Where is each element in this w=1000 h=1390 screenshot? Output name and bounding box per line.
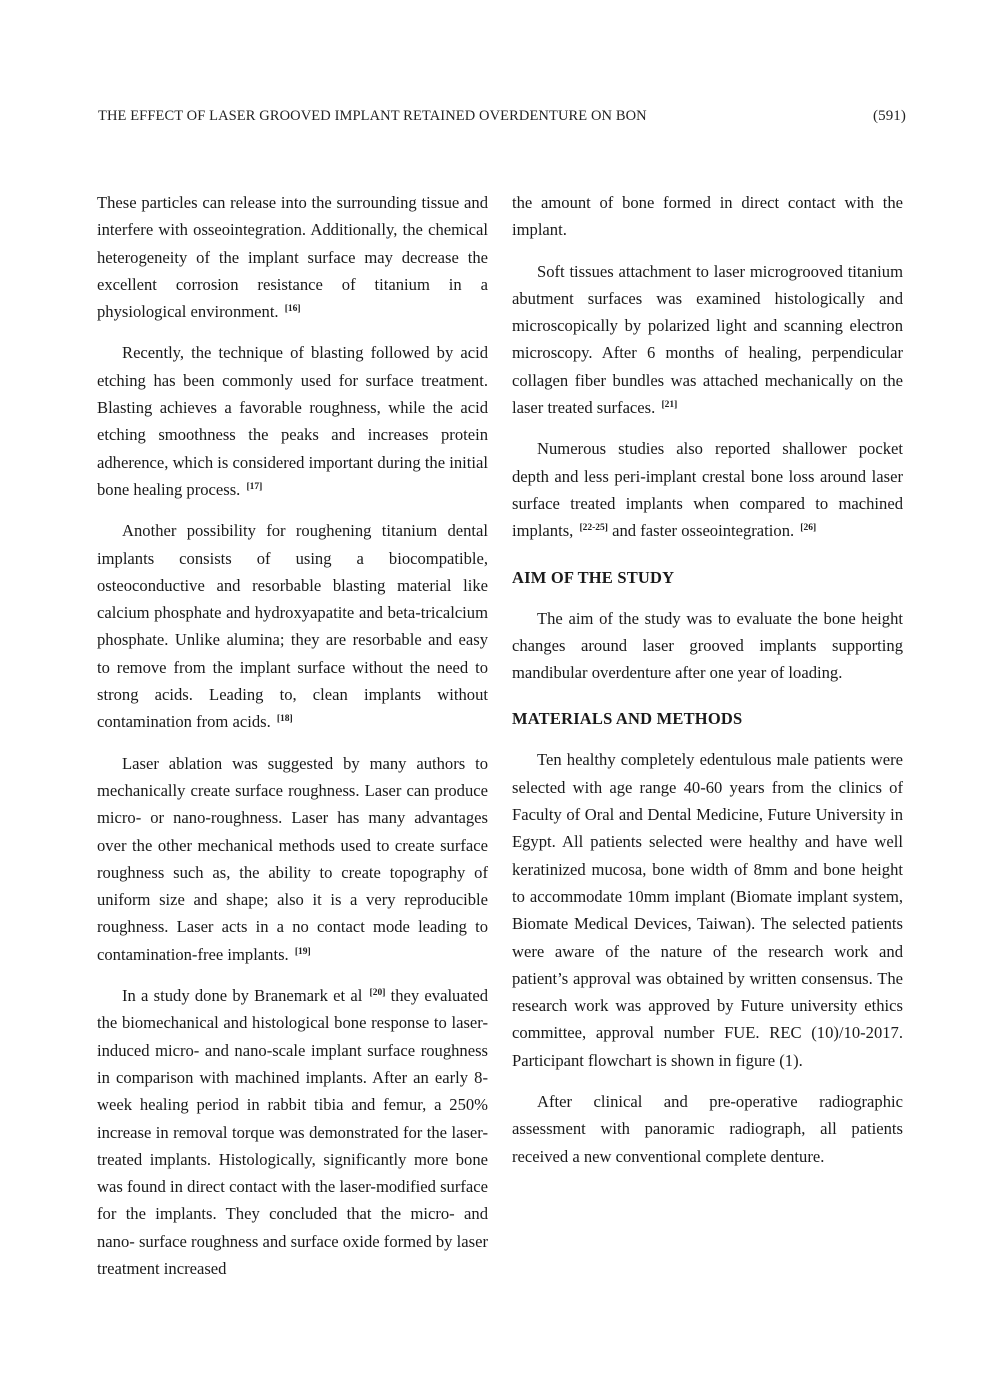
citation[interactable]: [17] xyxy=(246,482,262,492)
paragraph: Another possibility for roughening titan… xyxy=(97,517,488,735)
paragraph: Recently, the technique of blasting foll… xyxy=(97,339,488,503)
citation[interactable]: [26] xyxy=(800,523,816,533)
paragraph: Soft tissues attachment to laser microgr… xyxy=(512,258,903,422)
right-column: the amount of bone formed in direct cont… xyxy=(512,189,903,1184)
citation[interactable]: [22-25] xyxy=(579,523,608,533)
paragraph: After clinical and pre-operative radiogr… xyxy=(512,1088,903,1170)
citation[interactable]: [18] xyxy=(277,714,293,724)
section-heading-aim: AIM OF THE STUDY xyxy=(512,567,903,589)
citation[interactable]: [16] xyxy=(285,304,301,314)
paragraph-text: In a study done by Branemark et al xyxy=(122,986,362,1005)
citation[interactable]: [21] xyxy=(661,400,677,410)
page-number: (591) xyxy=(873,108,906,125)
citation[interactable]: [20] xyxy=(370,988,386,998)
paragraph-text: the amount of bone formed in direct cont… xyxy=(512,193,903,239)
paragraph: These particles can release into the sur… xyxy=(97,189,488,325)
paragraph: In a study done by Branemark et al [20] … xyxy=(97,982,488,1282)
left-column: These particles can release into the sur… xyxy=(97,189,488,1296)
paragraph-text: These particles can release into the sur… xyxy=(97,193,488,321)
paragraph-text: Laser ablation was suggested by many aut… xyxy=(97,754,488,964)
paragraph: Laser ablation was suggested by many aut… xyxy=(97,750,488,968)
section-heading-materials-methods: MATERIALS AND METHODS xyxy=(512,708,903,730)
paragraph: The aim of the study was to evaluate the… xyxy=(512,605,903,687)
paragraph-text: After clinical and pre-operative radiogr… xyxy=(512,1092,903,1166)
running-header: THE EFFECT OF LASER GROOVED IMPLANT RETA… xyxy=(98,108,906,130)
paragraph: Ten healthy completely edentulous male p… xyxy=(512,746,903,1074)
paragraph: Numerous studies also reported shallower… xyxy=(512,435,903,544)
citation[interactable]: [19] xyxy=(295,947,311,957)
paragraph-text: The aim of the study was to evaluate the… xyxy=(512,609,903,683)
running-title: THE EFFECT OF LASER GROOVED IMPLANT RETA… xyxy=(98,108,647,125)
paragraph-text: Recently, the technique of blasting foll… xyxy=(97,343,488,498)
paragraph-text: Another possibility for roughening titan… xyxy=(97,521,488,731)
paragraph-continuation: the amount of bone formed in direct cont… xyxy=(512,189,903,244)
paragraph-text: Ten healthy completely edentulous male p… xyxy=(512,750,903,1069)
paragraph-text: and faster osseointegration. xyxy=(612,521,794,540)
paragraph-text: they evaluated the biomechanical and his… xyxy=(97,986,488,1278)
paragraph-text: Soft tissues attachment to laser microgr… xyxy=(512,262,903,417)
